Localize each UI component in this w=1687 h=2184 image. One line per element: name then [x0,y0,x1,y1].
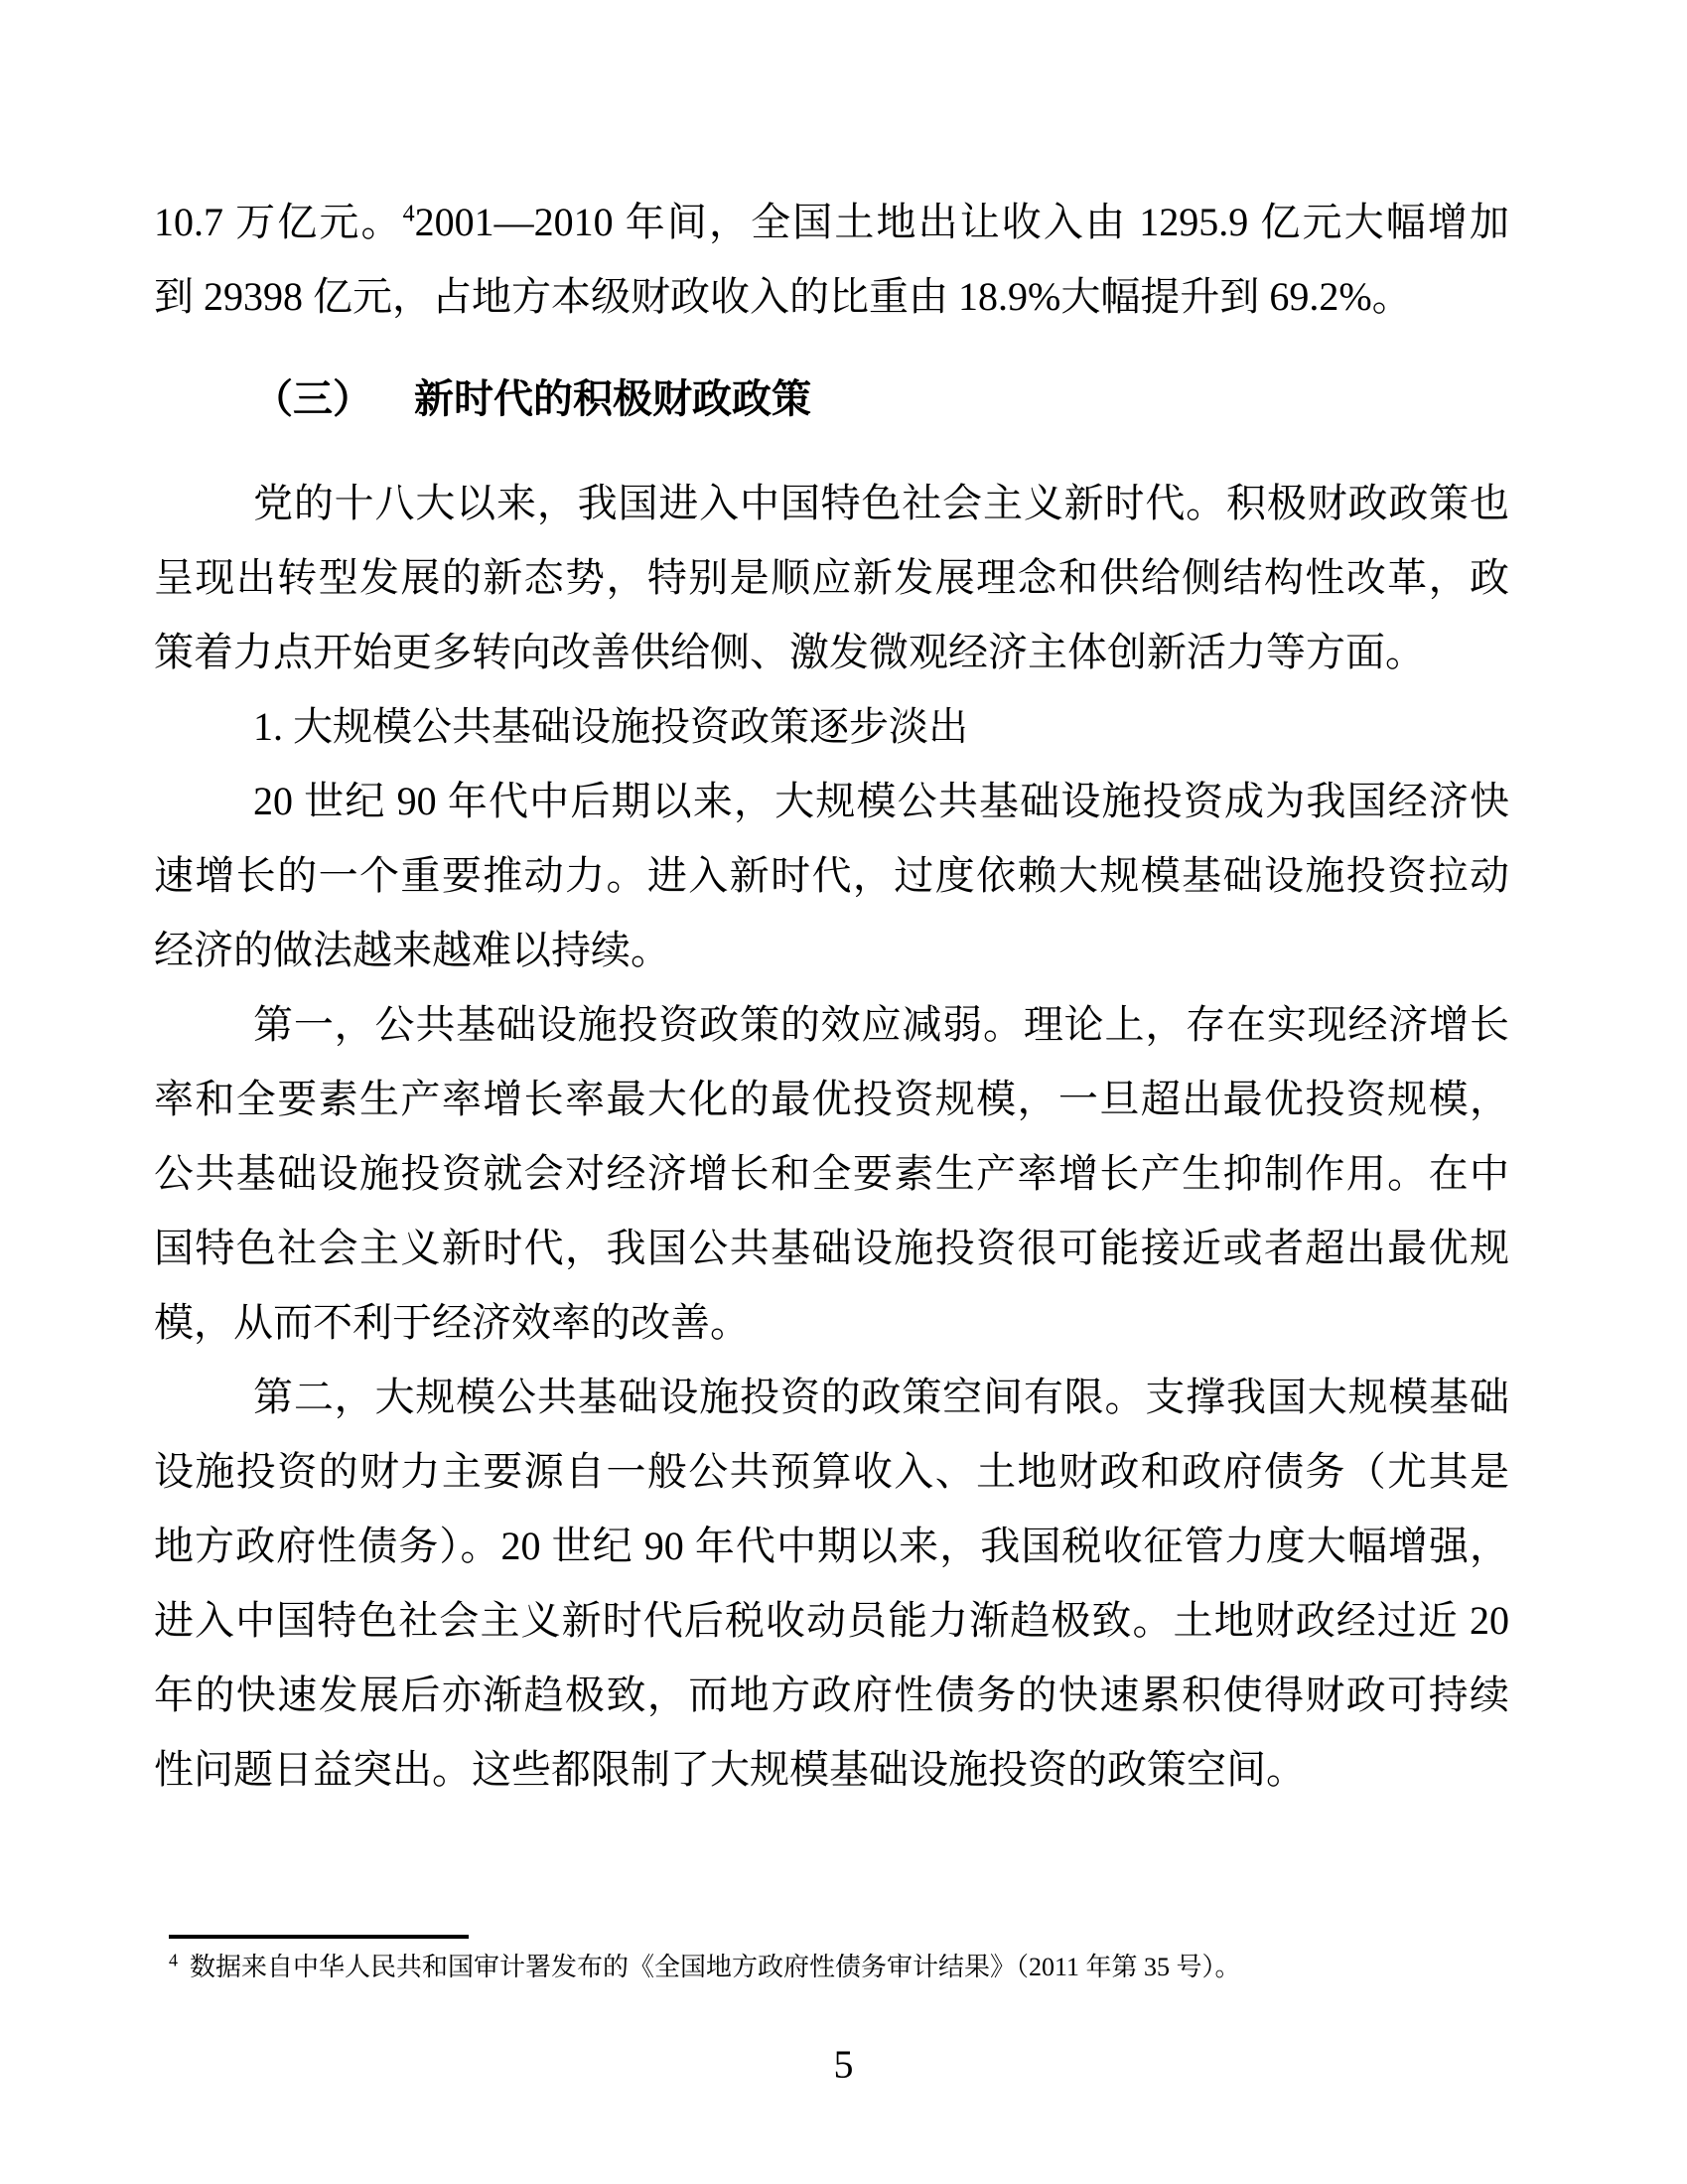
body-line: 到 29398 亿元，占地方本级财政收入的比重由 18.9%大幅提升到 69.2… [154,259,1509,334]
footnote: 4数据来自中华人民共和国审计署发布的《全国地方政府性债务审计结果》（2011 年… [169,1947,1479,1988]
body-line: 国特色社会主义新时代，我国公共基础设施投资很可能接近或者超出最优规 [154,1211,1509,1285]
body-line: 速增长的一个重要推动力。进入新时代，过度依赖大规模基础设施投资拉动 [154,838,1509,913]
body-line: 率和全要素生产率增长率最大化的最优投资规模，一旦超出最优投资规模， [154,1062,1509,1136]
body-line: 年的快速发展后亦渐趋极致，而地方政府性债务的快速累积使得财政可持续 [154,1658,1509,1732]
body-line: 地方政府性债务）。20 世纪 90 年代中期以来，我国税收征管力度大幅增强， [154,1509,1509,1583]
section-heading-number: （三） [253,376,372,421]
body-line: 进入中国特色社会主义新时代后税收动员能力渐趋极致。土地财政经过近 20 [154,1583,1509,1658]
body-line: 模，从而不利于经济效率的改善。 [154,1285,1509,1360]
document-page: 10.7 万亿元。42001—2010 年间，全国土地出让收入由 1295.9 … [0,0,1687,2184]
body-line: 第一，公共基础设施投资政策的效应减弱。理论上，存在实现经济增长 [154,987,1509,1062]
footnote-text: 数据来自中华人民共和国审计署发布的《全国地方政府性债务审计结果》（2011 年第… [190,1953,1241,1981]
body-line: 公共基础设施投资就会对经济增长和全要素生产率增长产生抑制作用。在中 [154,1136,1509,1211]
body-line: 第二，大规模公共基础设施投资的政策空间有限。支撑我国大规模基础 [154,1360,1509,1434]
body-line: 20 世纪 90 年代中后期以来，大规模公共基础设施投资成为我国经济快 [154,764,1509,838]
body-line: 党的十八大以来，我国进入中国特色社会主义新时代。积极财政政策也 [154,466,1509,540]
body-line: 10.7 万亿元。42001—2010 年间，全国土地出让收入由 1295.9 … [154,185,1509,259]
section-heading: （三）新时代的积极财政政策 [154,362,1509,436]
footnote-number: 4 [169,1950,178,1969]
body-line: 经济的做法越来越难以持续。 [154,913,1509,987]
section-heading-title: 新时代的积极财政政策 [414,376,811,421]
body-line-text: 2001—2010 年间，全国土地出让收入由 1295.9 亿元大幅增加 [415,200,1509,244]
body-text: 10.7 万亿元。42001—2010 年间，全国土地出让收入由 1295.9 … [154,185,1509,1807]
body-line: 性问题日益突出。这些都限制了大规模基础设施投资的政策空间。 [154,1732,1509,1807]
sub-heading: 1. 大规模公共基础设施投资政策逐步淡出 [154,689,1509,764]
body-line: 设施投资的财力主要源自一般公共预算收入、土地财政和政府债务（尤其是 [154,1434,1509,1509]
body-line: 呈现出转型发展的新态势，特别是顺应新发展理念和供给侧结构性改革，政 [154,540,1509,615]
body-line-text: 10.7 万亿元。 [154,200,403,244]
footnote-reference: 4 [403,202,415,227]
page-number: 5 [0,2042,1687,2088]
body-line: 策着力点开始更多转向改善供给侧、激发微观经济主体创新活力等方面。 [154,615,1509,689]
footnote-separator [169,1935,469,1939]
